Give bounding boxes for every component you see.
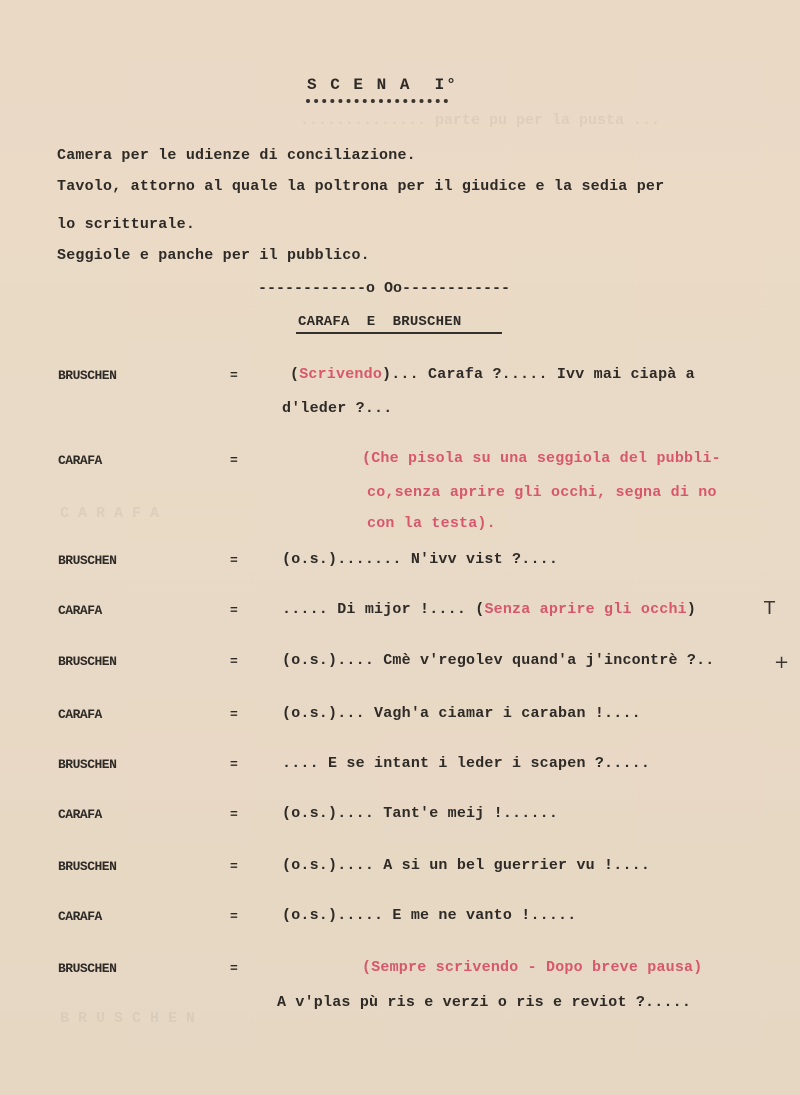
dialogue-continuation: d'leder ?...	[282, 400, 392, 417]
speaker-separator: =	[230, 654, 238, 669]
speaker-separator: =	[230, 707, 238, 722]
stage-direction: con la testa).	[367, 515, 496, 532]
speaker-name: CARAFA	[58, 807, 102, 822]
stage-direction: co,senza aprire gli occhi, segna di no	[367, 484, 717, 501]
title-underline	[306, 99, 448, 103]
setting-line: Camera per le udienze di conciliazione.	[57, 147, 416, 164]
speaker-name: CARAFA	[58, 909, 102, 924]
setting-line: Tavolo, attorno al quale la poltrona per…	[57, 178, 664, 195]
bleed-through-text: B R U S C H E N	[60, 1010, 195, 1027]
dialogue-line: (Scrivendo)... Carafa ?..... Ivv mai cia…	[290, 366, 695, 383]
stage-direction: (Che pisola su una seggiola del pubbli-	[362, 450, 721, 467]
speaker-separator: =	[230, 757, 238, 772]
stage-direction: Senza aprire gli occhi	[484, 601, 686, 618]
setting-line: lo scritturale.	[57, 216, 195, 233]
dialogue-line: (o.s.).... Tant'e meij !......	[282, 805, 558, 822]
characters-underline	[296, 332, 502, 334]
speaker-name: BRUSCHEN	[58, 368, 116, 383]
bleed-through-text: C A R A F A	[60, 505, 159, 522]
dialogue-text: )	[687, 601, 696, 618]
speaker-name: BRUSCHEN	[58, 757, 116, 772]
scene-title: S C E N A I°	[307, 76, 458, 94]
dialogue-text: ..... Di mijor !.... (	[282, 601, 484, 618]
bleed-through-text: .............. parte pu per la pusta ...	[300, 112, 660, 129]
speaker-separator: =	[230, 961, 238, 976]
dialogue-continuation: A v'plas pù ris e verzi o ris e reviot ?…	[277, 994, 691, 1011]
speaker-separator: =	[230, 453, 238, 468]
dialogue-text: (	[290, 366, 299, 383]
section-divider: ------------o Oo------------	[258, 280, 510, 297]
script-page: .............. parte pu per la pusta ...…	[0, 0, 800, 1095]
dialogue-line: (o.s.).... A si un bel guerrier vu !....	[282, 857, 650, 874]
speaker-separator: =	[230, 368, 238, 383]
stage-direction: Scrivendo	[299, 366, 382, 383]
speaker-separator: =	[230, 909, 238, 924]
margin-mark-icon: T	[764, 598, 775, 619]
speaker-name: BRUSCHEN	[58, 961, 116, 976]
dialogue-line: (o.s.)... Vagh'a ciamar i caraban !....	[282, 705, 641, 722]
speaker-separator: =	[230, 553, 238, 568]
characters-heading: CARAFA E BRUSCHEN	[298, 314, 461, 330]
speaker-separator: =	[230, 859, 238, 874]
setting-line: Seggiole e panche per il pubblico.	[57, 247, 370, 264]
margin-mark-icon: +	[774, 652, 789, 673]
speaker-name: BRUSCHEN	[58, 654, 116, 669]
dialogue-line: ..... Di mijor !.... (Senza aprire gli o…	[282, 601, 696, 618]
speaker-name: BRUSCHEN	[58, 553, 116, 568]
speaker-separator: =	[230, 603, 238, 618]
dialogue-line: .... E se intant i leder i scapen ?.....	[282, 755, 650, 772]
speaker-name: CARAFA	[58, 453, 102, 468]
speaker-separator: =	[230, 807, 238, 822]
dialogue-line: (o.s.)....... N'ivv vist ?....	[282, 551, 558, 568]
speaker-name: CARAFA	[58, 603, 102, 618]
speaker-name: BRUSCHEN	[58, 859, 116, 874]
dialogue-text: )... Carafa ?..... Ivv mai ciapà a	[382, 366, 695, 383]
dialogue-line: (o.s.).... Cmè v'regolev quand'a j'incon…	[282, 652, 714, 669]
dialogue-line: (o.s.)..... E me ne vanto !.....	[282, 907, 576, 924]
speaker-name: CARAFA	[58, 707, 102, 722]
stage-direction: (Sempre scrivendo - Dopo breve pausa)	[362, 959, 702, 976]
